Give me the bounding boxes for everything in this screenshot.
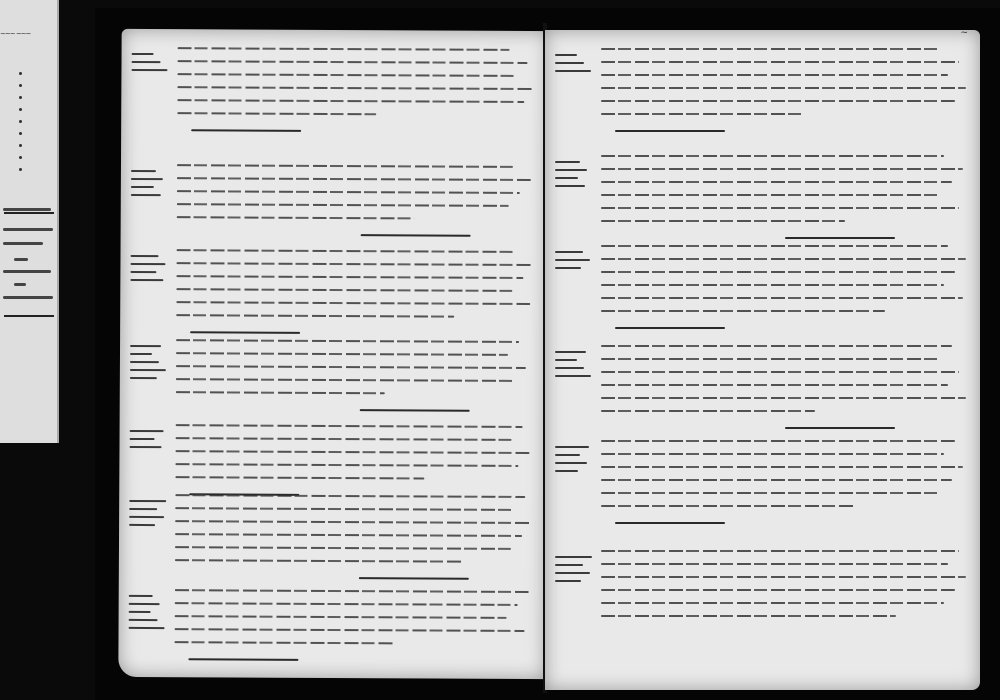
card-mark — [19, 144, 22, 147]
margin-annotation — [129, 494, 169, 532]
margin-annotation — [131, 47, 171, 77]
margin-annotation — [555, 345, 595, 383]
register-entry — [131, 249, 538, 251]
card-text-line — [3, 242, 43, 245]
card-mark — [19, 84, 22, 87]
card-label: ~~~ ~~~ — [0, 30, 57, 38]
signature-line — [785, 237, 895, 239]
open-register-book: ~ — [95, 8, 1000, 700]
card-bracket — [4, 315, 54, 317]
signature-line — [615, 522, 725, 524]
signature-line — [191, 129, 301, 132]
card-mark — [19, 156, 22, 159]
entry-text — [175, 494, 536, 574]
entry-text — [176, 249, 537, 329]
entry-text — [177, 164, 538, 231]
entry-text — [601, 345, 970, 423]
margin-annotation — [555, 48, 595, 78]
page-number: ~ — [960, 28, 968, 38]
entry-text — [174, 589, 535, 656]
margin-annotation — [555, 550, 595, 588]
right-page: ~ — [545, 30, 980, 690]
register-entry — [130, 339, 537, 341]
card-text-line — [14, 258, 28, 261]
card-mark — [19, 72, 22, 75]
card-mark — [19, 120, 22, 123]
register-entry — [129, 589, 536, 591]
margin-annotation — [555, 245, 595, 275]
signature-line — [190, 331, 300, 334]
card-mark — [19, 108, 22, 111]
entry-text — [601, 440, 970, 518]
card-text-line — [3, 296, 53, 299]
card-mark — [19, 96, 22, 99]
margin-annotation — [130, 249, 170, 287]
signature-line — [361, 234, 471, 237]
register-entry — [130, 424, 537, 426]
entry-text — [601, 550, 970, 628]
card-mark — [19, 168, 22, 171]
margin-annotation — [129, 589, 169, 635]
entry-text — [601, 155, 970, 233]
signature-line — [615, 130, 725, 132]
margin-annotation — [129, 424, 169, 454]
signature-line — [188, 658, 298, 661]
card-text-line — [3, 270, 51, 273]
signature-line — [360, 409, 470, 412]
entry-text — [601, 48, 970, 126]
margin-annotation — [131, 164, 171, 202]
entry-text — [177, 47, 538, 127]
signature-line — [615, 327, 725, 329]
card-text-line — [3, 208, 51, 211]
margin-annotation — [130, 339, 170, 385]
card-marks — [18, 72, 24, 180]
card-bracket — [4, 212, 54, 214]
left-page — [118, 29, 548, 679]
entry-text — [175, 424, 536, 491]
entry-text — [601, 245, 970, 323]
card-text-line — [3, 228, 53, 231]
card-mark — [19, 132, 22, 135]
signature-line — [359, 577, 469, 580]
register-entry — [129, 494, 536, 496]
side-reference-card: ~~~ ~~~ — [0, 0, 59, 443]
margin-annotation — [555, 155, 595, 193]
entry-text — [176, 339, 537, 406]
margin-annotation — [555, 440, 595, 478]
register-entry — [132, 47, 539, 49]
signature-line — [785, 427, 895, 429]
register-entry — [131, 164, 538, 166]
card-text-line — [14, 283, 26, 286]
